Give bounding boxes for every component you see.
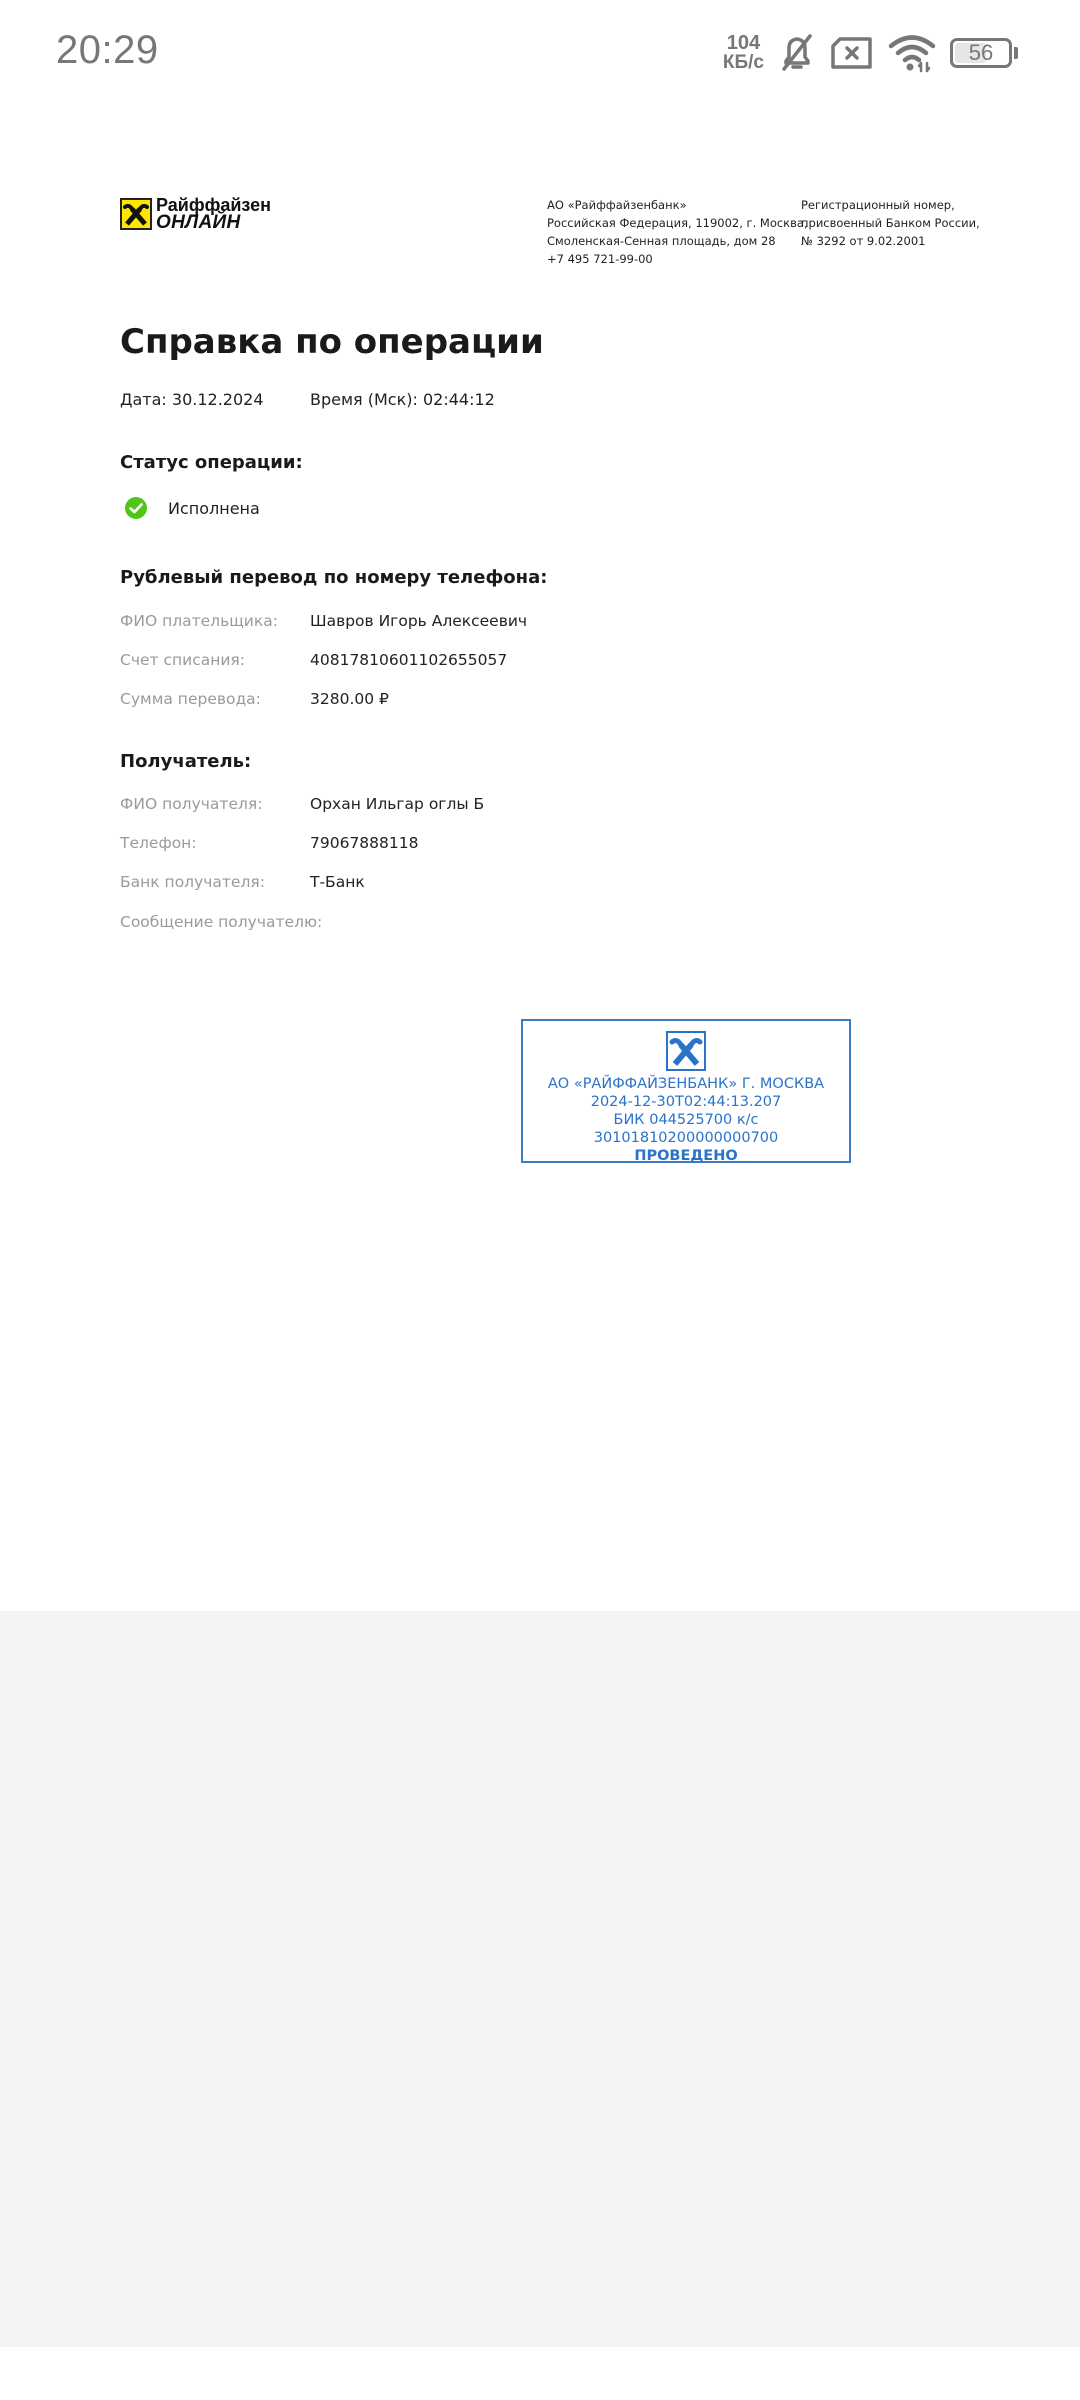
raiffeisen-stamp-icon bbox=[666, 1031, 706, 1071]
network-speed-value: 104 bbox=[727, 34, 760, 53]
empty-area bbox=[0, 1611, 1080, 2347]
recipient-phone-row: Телефон: 79067888118 bbox=[120, 834, 418, 852]
bank-address: АО «Райффайзенбанк» Российская Федерация… bbox=[547, 196, 808, 268]
operation-date: Дата: 30.12.2024 bbox=[120, 390, 264, 409]
operation-receipt: Райффайзен ОНЛАЙН АО «Райффайзенбанк» Ро… bbox=[0, 100, 1080, 1611]
status-bar: 20:29 104 КБ/с 56 bbox=[0, 0, 1080, 100]
page-title: Справка по операции bbox=[120, 322, 544, 362]
payer-name-row: ФИО плательщика: Шавров Игорь Алексеевич bbox=[120, 612, 527, 630]
operation-time: Время (Мск): 02:44:12 bbox=[310, 390, 495, 409]
battery-cap bbox=[1014, 47, 1018, 59]
status-value: Исполнена bbox=[168, 499, 260, 518]
debit-account-row: Счет списания: 40817810601102655057 bbox=[120, 651, 507, 669]
amount-row: Сумма перевода: 3280.00 ₽ bbox=[120, 690, 389, 708]
check-circle-icon bbox=[124, 496, 148, 520]
battery-level: 56 bbox=[969, 40, 993, 66]
stamp-status: ПРОВЕДЕНО bbox=[523, 1147, 849, 1165]
clock: 20:29 bbox=[56, 28, 159, 73]
battery-icon: 56 bbox=[950, 38, 1012, 68]
stamp-bank-name: АО «РАЙФФАЙЗЕНБАНК» Г. МОСКВА bbox=[523, 1075, 849, 1093]
bank-stamp: АО «РАЙФФАЙЗЕНБАНК» Г. МОСКВА 2024-12-30… bbox=[521, 1019, 851, 1163]
raiffeisen-logo-icon bbox=[120, 198, 152, 230]
recipient-bank-row: Банк получателя: Т-Банк bbox=[120, 873, 365, 891]
transfer-heading: Рублевый перевод по номеру телефона: bbox=[120, 567, 547, 588]
logo-line2: ОНЛАЙН bbox=[156, 214, 271, 231]
status-badge: Исполнена bbox=[124, 496, 260, 520]
recipient-heading: Получатель: bbox=[120, 751, 251, 772]
recipient-name-row: ФИО получателя: Орхан Ильгар оглы Б bbox=[120, 795, 484, 813]
recipient-message-row: Сообщение получателю: bbox=[120, 913, 322, 931]
bank-registration: Регистрационный номер, присвоенный Банко… bbox=[801, 196, 980, 250]
raiffeisen-logo: Райффайзен ОНЛАЙН bbox=[120, 197, 271, 231]
stamp-timestamp: 2024-12-30T02:44:13.207 bbox=[523, 1093, 849, 1111]
status-heading: Статус операции: bbox=[120, 452, 303, 473]
sim-card-off-icon bbox=[830, 36, 874, 70]
status-icons: 104 КБ/с 56 bbox=[723, 30, 1018, 76]
bell-muted-icon bbox=[778, 33, 816, 73]
wifi-icon bbox=[888, 33, 936, 73]
stamp-bik: БИК 044525700 к/с 30101810200000000700 bbox=[523, 1111, 849, 1147]
network-speed: 104 КБ/с bbox=[723, 34, 764, 72]
network-speed-unit: КБ/с bbox=[723, 53, 764, 72]
